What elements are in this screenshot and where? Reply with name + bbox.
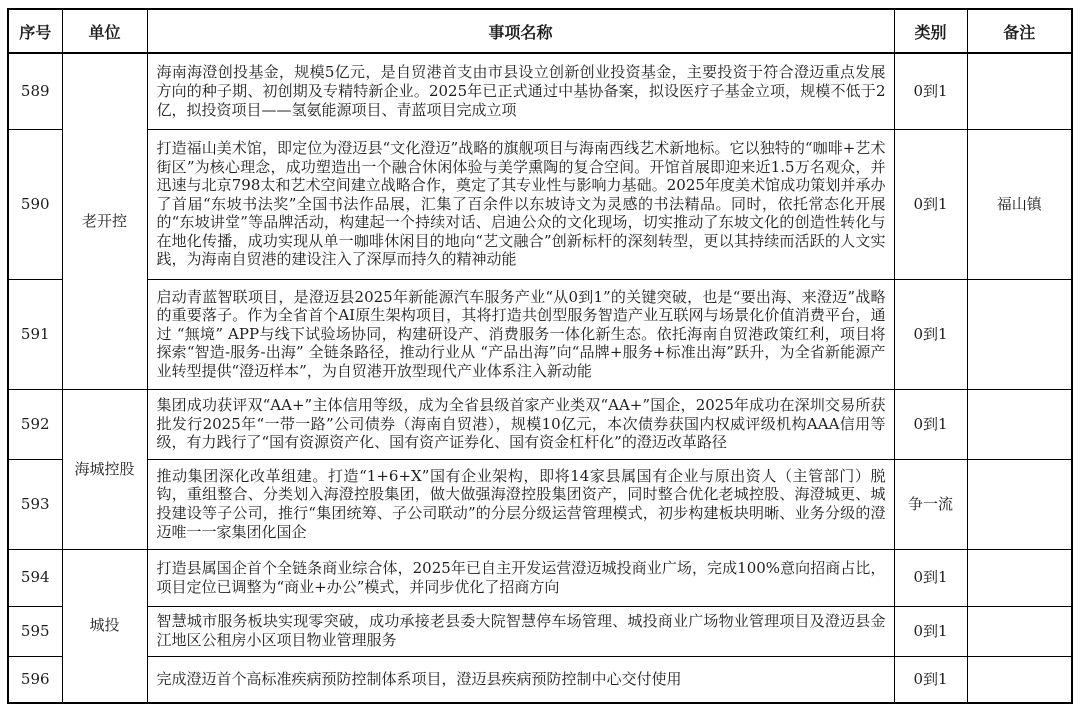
category-cell: 0到1 (894, 656, 967, 703)
item-name-cell: 完成澄迈首个高标准疾病预防控制体系项目，澄迈县疾病预防控制中心交付使用 (147, 656, 894, 703)
seq-cell: 591 (8, 279, 62, 389)
seq-cell: 595 (8, 606, 62, 656)
table-row: 594 城投 打造县属国企首个全链条商业综合体，2025年已自主开发运营澄迈城投… (8, 549, 1072, 606)
remark-cell (967, 389, 1072, 459)
unit-cell: 老开控 (62, 53, 147, 389)
remark-cell (967, 53, 1072, 129)
header-remark: 备注 (967, 9, 1072, 53)
category-cell: 0到1 (894, 53, 967, 129)
item-name-cell: 打造福山美术馆，即定位为澄迈县“文化澄迈”战略的旗舰项目与海南西线艺术新地标。它… (147, 129, 894, 279)
seq-cell: 589 (8, 53, 62, 129)
category-cell: 争一流 (894, 459, 967, 549)
header-item-name: 事项名称 (147, 9, 894, 53)
item-name-cell: 打造县属国企首个全链条商业综合体，2025年已自主开发运营澄迈城投商业广场，完成… (147, 549, 894, 606)
seq-cell: 590 (8, 129, 62, 279)
table-row: 593 推动集团深化改革组建。打造“1+6+X”国有企业架构，即将14家县属国有… (8, 459, 1072, 549)
category-cell: 0到1 (894, 129, 967, 279)
category-cell: 0到1 (894, 549, 967, 606)
category-cell: 0到1 (894, 279, 967, 389)
remark-cell (967, 279, 1072, 389)
category-cell: 0到1 (894, 606, 967, 656)
table-row: 592 海城控股 集团成功获评双“AA+”主体信用等级，成为全省县级首家产业类双… (8, 389, 1072, 459)
remark-cell (967, 656, 1072, 703)
remark-cell: 福山镇 (967, 129, 1072, 279)
header-seq: 序号 (8, 9, 62, 53)
item-name-cell: 启动青蓝智联项目，是澄迈县2025年新能源汽车服务产业“从0到1”的关键突破，也… (147, 279, 894, 389)
unit-cell: 海城控股 (62, 389, 147, 549)
table-row: 589 老开控 海南海澄创投基金，规模5亿元，是自贸港首支由市县设立创新创业投资… (8, 53, 1072, 129)
item-name-cell: 推动集团深化改革组建。打造“1+6+X”国有企业架构，即将14家县属国有企业与原… (147, 459, 894, 549)
remark-cell (967, 606, 1072, 656)
item-name-cell: 海南海澄创投基金，规模5亿元，是自贸港首支由市县设立创新创业投资基金，主要投资于… (147, 53, 894, 129)
seq-cell: 593 (8, 459, 62, 549)
header-category: 类别 (894, 9, 967, 53)
header-unit: 单位 (62, 9, 147, 53)
item-name-cell: 集团成功获评双“AA+”主体信用等级，成为全省县级首家产业类双“AA+”国企，2… (147, 389, 894, 459)
items-table: 序号 单位 事项名称 类别 备注 589 老开控 海南海澄创投基金，规模5亿元，… (7, 8, 1073, 704)
remark-cell (967, 459, 1072, 549)
seq-cell: 594 (8, 549, 62, 606)
unit-cell: 城投 (62, 549, 147, 703)
seq-cell: 596 (8, 656, 62, 703)
table-row: 591 启动青蓝智联项目，是澄迈县2025年新能源汽车服务产业“从0到1”的关键… (8, 279, 1072, 389)
seq-cell: 592 (8, 389, 62, 459)
remark-cell (967, 549, 1072, 606)
table-row: 590 打造福山美术馆，即定位为澄迈县“文化澄迈”战略的旗舰项目与海南西线艺术新… (8, 129, 1072, 279)
table-row: 595 智慧城市服务板块实现零突破，成功承接老县委大院智慧停车场管理、城投商业广… (8, 606, 1072, 656)
table-row: 596 完成澄迈首个高标准疾病预防控制体系项目，澄迈县疾病预防控制中心交付使用 … (8, 656, 1072, 703)
table-header-row: 序号 单位 事项名称 类别 备注 (8, 9, 1072, 53)
item-name-cell: 智慧城市服务板块实现零突破，成功承接老县委大院智慧停车场管理、城投商业广场物业管… (147, 606, 894, 656)
category-cell: 0到1 (894, 389, 967, 459)
